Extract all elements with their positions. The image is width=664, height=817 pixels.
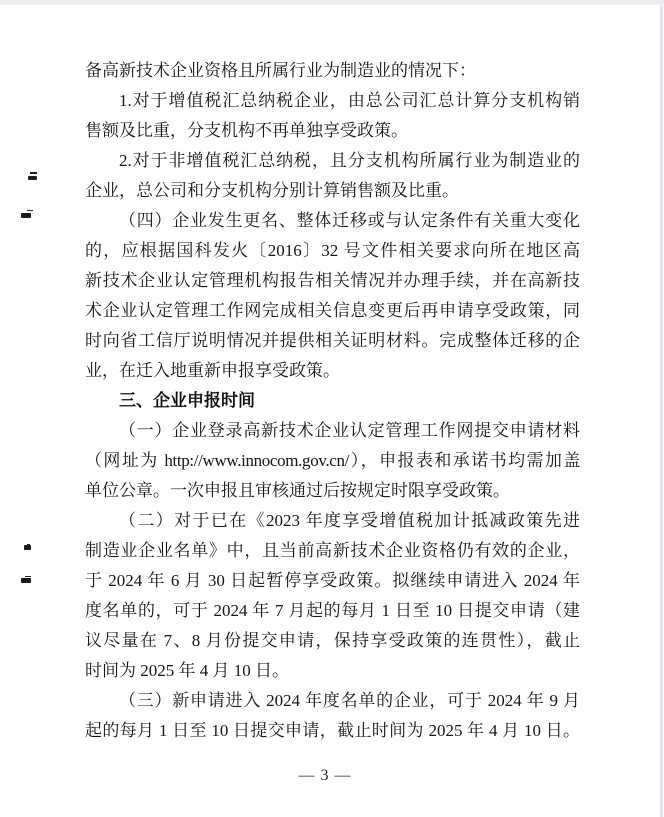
text-line: 单位公章。一次申报且审核通过后按规定时限享受政策。 xyxy=(85,476,580,506)
text-line: 的，应根据国科发火〔2016〕32 号文件相关要求向所在地区高 xyxy=(85,236,580,266)
section-heading: 三、企业申报时间 xyxy=(85,386,580,416)
text-line: 时间为 2025 年 4 月 10 日。 xyxy=(85,656,580,686)
text-line: 制造业企业名单》中，且当前高新技术企业资格仍有效的企业， xyxy=(85,536,580,566)
scan-top-edge xyxy=(0,0,664,5)
text-line: 度名单的，可于 2024 年 7 月起的每月 1 日至 10 日提交申请（建 xyxy=(85,596,580,626)
text-line: 售额及比重，分支机构不再单独享受政策。 xyxy=(85,116,580,146)
text-line: 起的每月 1 日至 10 日提交申请，截止时间为 2025 年 4 月 10 日… xyxy=(85,716,580,746)
scanned-document-page: { "page": { "background_color": "#ffffff… xyxy=(0,0,664,817)
document-lines: 备高新技术企业资格且所属行业为制造业的情况下：1.对于增值税汇总纳税企业，由总公… xyxy=(85,56,580,746)
text-line: 时向省工信厅说明情况并提供相关证明材料。完成整体迁移的企 xyxy=(85,326,580,356)
text-line: 业，在迁入地重新申报享受政策。 xyxy=(85,356,580,386)
text-line: （一）企业登录高新技术企业认定管理工作网提交申请材料 xyxy=(85,416,580,446)
text-line: 于 2024 年 6 月 30 日起暂停享受政策。拟继续申请进入 2024 年 xyxy=(85,566,580,596)
scan-right-edge xyxy=(660,5,663,817)
text-line: 1.对于增值税汇总纳税企业，由总公司汇总计算分支机构销 xyxy=(85,86,580,116)
text-line: 备高新技术企业资格且所属行业为制造业的情况下： xyxy=(85,56,580,86)
text-line: （二）对于已在《2023 年度享受增值税加计抵减政策先进 xyxy=(85,506,580,536)
text-line: 术企业认定管理工作网完成相关信息变更后再申请享受政策，同 xyxy=(85,296,580,326)
text-line: 新技术企业认定管理机构报告相关情况并办理手续，并在高新技 xyxy=(85,266,580,296)
page-number: — 3 — xyxy=(0,766,650,786)
text-line: 企业，总公司和分支机构分别计算销售额及比重。 xyxy=(85,176,580,206)
margin-ink-mark xyxy=(24,545,31,550)
text-line: 2.对于非增值税汇总纳税，且分支机构所属行业为制造业的 xyxy=(85,146,580,176)
text-line: （网址为 http://www.innocom.gov.cn/），申报表和承诺书… xyxy=(85,446,580,476)
text-line: （三）新申请进入 2024 年度名单的企业，可于 2024 年 9 月 xyxy=(85,686,580,716)
margin-ink-mark xyxy=(21,213,31,218)
text-line: 议尽量在 7、8 月份提交申请，保持享受政策的连贯性），截止 xyxy=(85,626,580,656)
text-line: （四）企业发生更名、整体迁移或与认定条件有关重大变化 xyxy=(85,206,580,236)
margin-ink-mark xyxy=(21,578,31,583)
margin-ink-mark xyxy=(28,176,37,180)
